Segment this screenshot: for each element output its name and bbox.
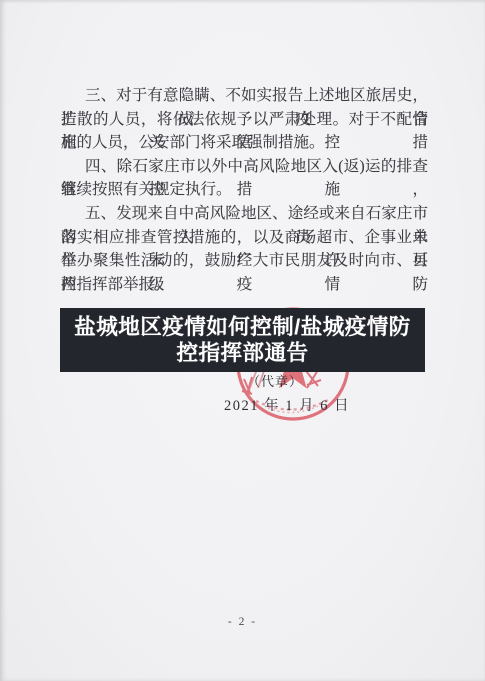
document-body: 三、对于有意隐瞒、不如实报告上述地区旅居史，造成疫情 扩散的人员，将依法依规予以… (61, 84, 428, 296)
headline-line-2: 控指挥部通告 (176, 340, 308, 367)
seal-note: （代章） (247, 371, 303, 390)
page-number: - 2 - (0, 616, 485, 628)
paragraph-line: 三、对于有意隐瞒、不如实报告上述地区旅居史，造成疫情 (61, 84, 428, 108)
headline-line-1: 盐城地区疫情如何控制/盐城疫情防 (74, 314, 410, 341)
paragraph-line: 落实相应排查管控措施的，以及商场超市、企事业单位未经许可 (61, 226, 428, 250)
scanned-document-page: 三、对于有意隐瞒、不如实报告上述地区旅居史，造成疫情 扩散的人员，将依法依规予以… (0, 0, 485, 681)
paragraph-line: 举办聚集性活动的，鼓励广大市民朋友及时向市、县两级疫情防 (61, 249, 428, 273)
document-date: 2021 年 1 月 6 日 (224, 394, 350, 415)
paragraph-line: 五、发现来自中高风险地区、途经或来自石家庄市的人员未 (61, 202, 428, 226)
paragraph-line: 四、除石家庄市以外中高风险地区入(返)运的排查管控措施， (61, 155, 428, 179)
headline-banner: 盐城地区疫情如何控制/盐城疫情防 控指挥部通告 (60, 308, 425, 372)
paragraph-line: 扩散的人员，将依法依规予以严肃处理。对于不配合相关管控措 (61, 108, 428, 132)
